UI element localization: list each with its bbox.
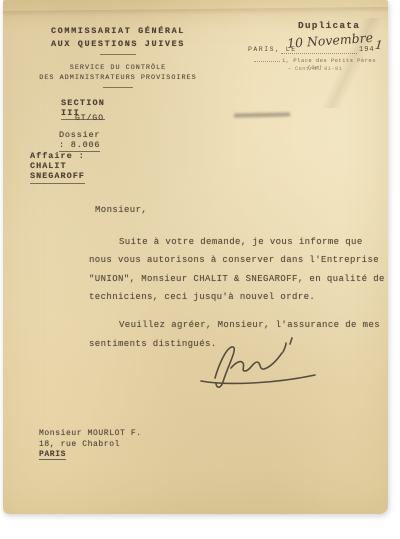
org-name-line1: COMMISSARIAT GÉNÉRAL [33,25,203,38]
letter-body: Monsieur, Suite à votre demande, je vous… [89,201,387,353]
body-line: Veuillez agréer, Monsieur, l'assurance d… [89,316,387,335]
body-line: nous vous autorisons à conserver dans l'… [89,251,387,270]
letterhead-rule [100,54,136,55]
service-line2: DES ADMINISTRATEURS PROVISOIRES [33,73,203,83]
paper-crease-top [3,7,388,18]
duplicata-label: Duplicata [298,20,360,31]
signature-handwritten [193,334,323,397]
paragraph-1: Suite à votre demande, je vous informe q… [89,233,387,307]
service-rule [103,87,133,88]
letterhead: COMMISSARIAT GÉNÉRAL AUX QUESTIONS JUIVE… [33,25,203,88]
letterhead-phone: — Central 81-81 [251,66,379,72]
service-name: SERVICE DU CONTRÔLE DES ADMINISTRATEURS … [33,63,203,88]
body-line: techniciens, ceci jusqu'à nouvel ordre. [89,288,387,307]
salutation: Monsieur, [95,201,387,220]
reference-initials: GT/GO [75,114,104,123]
body-line: "UNION", Monsieur CHALIT & SNEGAROFF, en… [89,270,387,289]
letter-paper: COMMISSARIAT GÉNÉRAL AUX QUESTIONS JUIVE… [3,0,388,514]
faint-pencil-smudge [234,112,290,117]
year-printed: 194 [359,46,375,54]
signature-scrawl-icon [193,334,323,392]
recipient-name: Monsieur MOURLOT F. [39,429,142,440]
affaire-label: Affaire : CHALIT SNEGAROFF [30,151,85,184]
recipient-block: Monsieur MOURLOT F. 18, rue Chabrol PARI… [39,429,142,461]
dossier-number: Dossier : 8.006 [59,130,100,152]
org-name-line2: AUX QUESTIONS JUIVES [33,38,203,51]
handwritten-year-digit: 1 [374,38,383,53]
org-name: COMMISSARIAT GÉNÉRAL AUX QUESTIONS JUIVE… [33,25,203,55]
service-line1: SERVICE DU CONTRÔLE [33,63,203,73]
body-line: Suite à votre demande, je vous informe q… [89,233,387,252]
recipient-city: PARIS [39,450,142,461]
address-dotted-leader [254,57,280,62]
recipient-street: 18, rue Chabrol [39,440,142,451]
